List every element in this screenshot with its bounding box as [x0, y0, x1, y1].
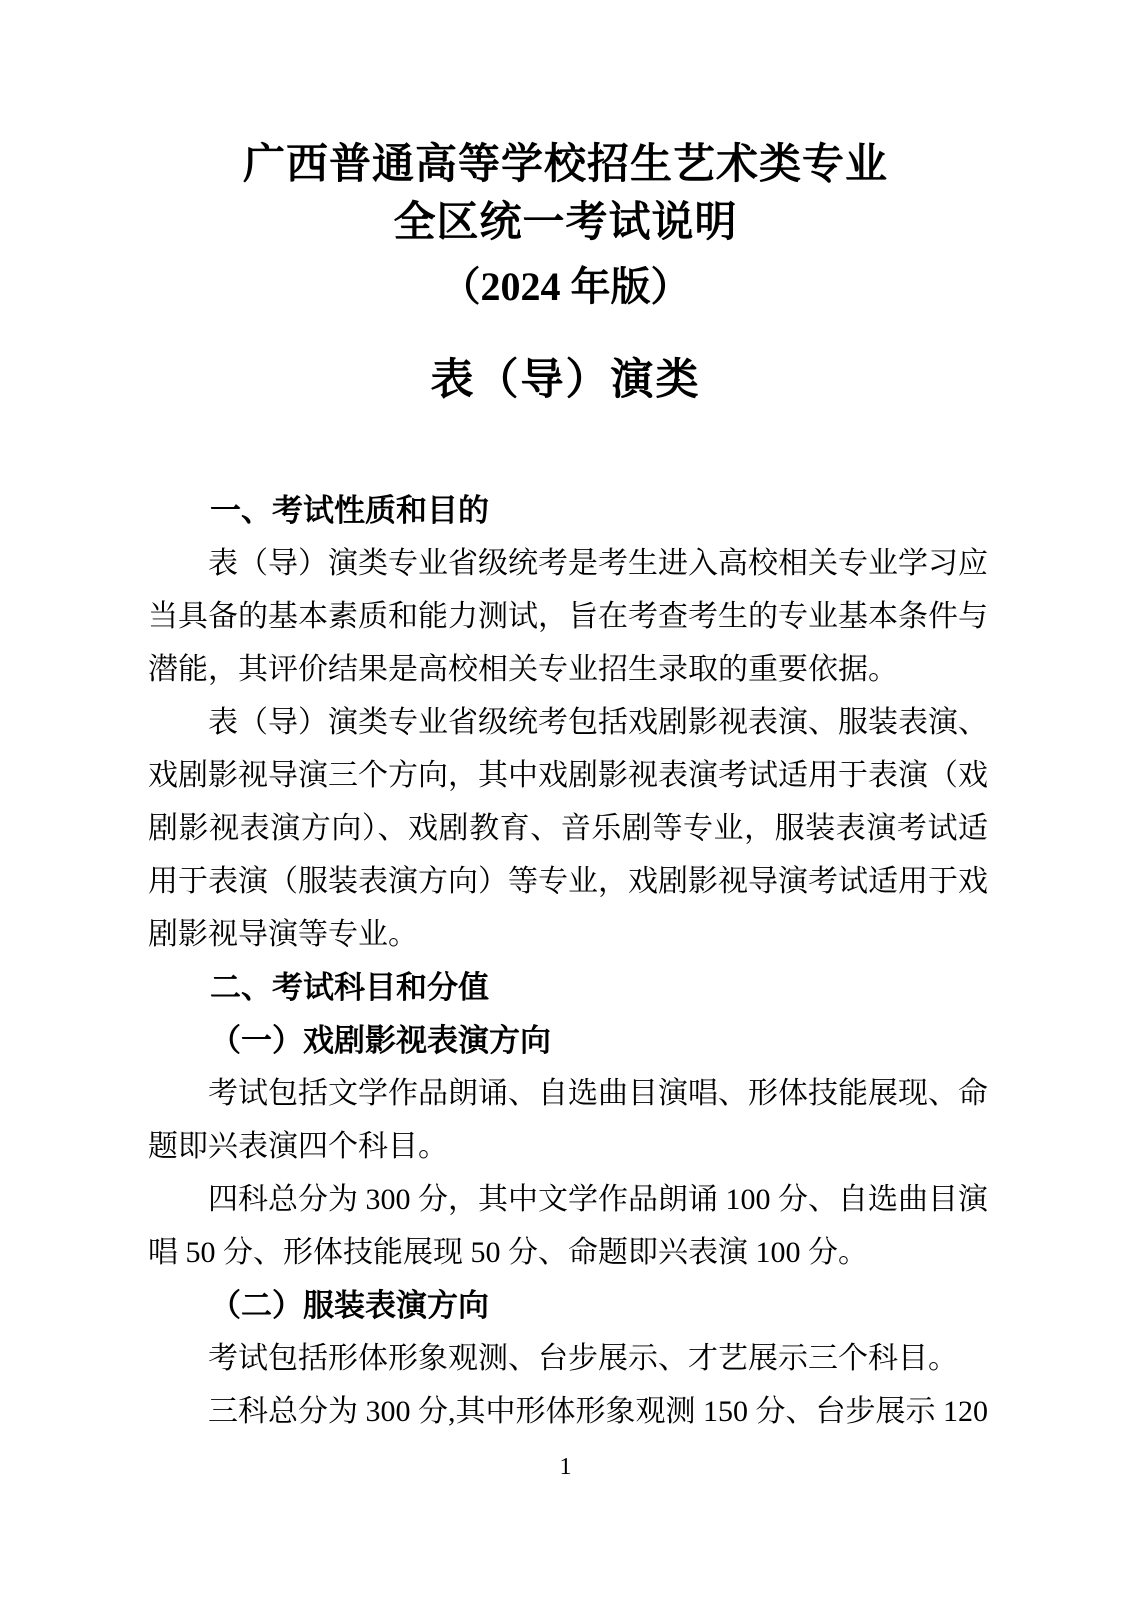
edition-label: （2024 年版）	[0, 258, 1131, 316]
subsection-1-paragraph-1: 考试包括文学作品朗诵、自选曲目演唱、形体技能展现、命题即兴表演四个科目。	[148, 1067, 988, 1173]
document-title-line2: 全区统一考试说明	[0, 194, 1131, 252]
section-1-paragraph-2: 表（导）演类专业省级统考包括戏剧影视表演、服装表演、戏剧影视导演三个方向，其中戏…	[148, 696, 988, 961]
subsection-2-paragraph-2: 三科总分为 300 分,其中形体形象观测 150 分、台步展示 120	[148, 1385, 988, 1438]
section-1-paragraph-1: 表（导）演类专业省级统考是考生进入高校相关专业学习应当具备的基本素质和能力测试，…	[148, 537, 988, 696]
category-title: 表（导）演类	[0, 352, 1131, 410]
document-page: 广西普通高等学校招生艺术类专业 全区统一考试说明 （2024 年版） 表（导）演…	[0, 0, 1131, 1600]
document-body: 一、考试性质和目的 表（导）演类专业省级统考是考生进入高校相关专业学习应当具备的…	[148, 484, 988, 1438]
subsection-2-heading: （二）服装表演方向	[148, 1279, 988, 1332]
title-block: 广西普通高等学校招生艺术类专业 全区统一考试说明 （2024 年版） 表（导）演…	[0, 0, 1131, 410]
section-1-heading: 一、考试性质和目的	[148, 484, 988, 537]
subsection-2-paragraph-1: 考试包括形体形象观测、台步展示、才艺展示三个科目。	[148, 1332, 988, 1385]
document-title-line1: 广西普通高等学校招生艺术类专业	[0, 136, 1131, 194]
section-2-heading: 二、考试科目和分值	[148, 961, 988, 1014]
subsection-1-heading: （一）戏剧影视表演方向	[148, 1014, 988, 1067]
page-number: 1	[0, 1452, 1131, 1482]
subsection-1-paragraph-2: 四科总分为 300 分，其中文学作品朗诵 100 分、自选曲目演唱 50 分、形…	[148, 1173, 988, 1279]
